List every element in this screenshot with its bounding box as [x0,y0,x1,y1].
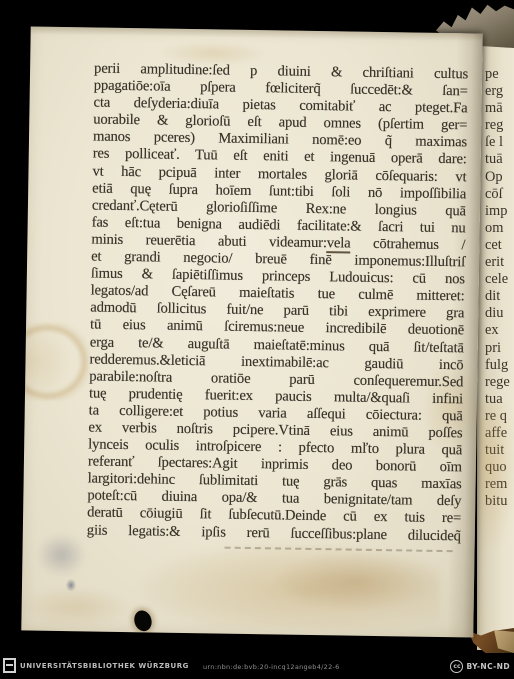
recto-line-fragment: mā [485,100,514,117]
text-segment: cōtrahemus / [350,235,465,253]
recto-line-fragment: erit [485,254,514,271]
book-scan-viewer: peergmāregſe ltuāOpcōſimpomceteritceledi… [0,0,514,679]
page-text-block: perii amplitudine:ſed p diuini & chriſti… [87,60,468,544]
license-badge: cc BY-NC-ND [450,660,510,673]
recto-line-fragment: Op [485,169,514,186]
water-stain-ring [21,322,90,401]
stain [21,586,132,628]
urn-identifier: urn:nbn:de:bvb:20-incq12angeb4/22-6 [203,663,340,671]
ink-smudge [66,579,76,591]
recto-line-fragment: tuā [485,151,514,168]
stain [139,540,440,631]
recto-line-fragment: reg [485,117,514,134]
recto-line-fragment: cele [485,271,514,288]
recto-line-fragment: cet [485,237,514,254]
facing-page-sliver: peergmāregſe ltuāOpcōſimpomceteritceledi… [477,33,514,650]
ink-smudge [36,533,87,578]
library-logo-icon [3,658,16,673]
recto-line-fragment: ſe l [485,134,514,151]
stain [272,550,443,613]
recto-line-fragment: imp [485,203,514,220]
pencil-underline-marks [225,547,453,553]
recto-line-fragment: cōſ [485,186,514,203]
recto-line-fragment: pri [485,340,514,357]
recto-line-fragment: dit [485,288,514,305]
recto-line-fragment: om [485,220,514,237]
footer-bar: UNIVERSITÄTSBIBLIOTHEK WÜRZBURG urn:nbn:… [0,653,514,679]
recto-line-fragment: fulg [485,357,514,374]
scanned-page: perii amplitudine:ſed p diuini & chriſti… [21,26,482,637]
license-label: BY-NC-ND [466,662,510,671]
wormhole [132,608,154,633]
recto-line-fragment: ex [485,322,514,339]
library-credit: UNIVERSITÄTSBIBLIOTHEK WÜRZBURG [3,658,189,673]
recto-line-fragment: rege [485,374,514,391]
stain [21,326,70,397]
creative-commons-icon: cc [450,660,463,673]
recto-line-fragment: pe [485,66,514,83]
ink-underlined-word: vela [327,235,351,253]
library-name-label: UNIVERSITÄTSBIBLIOTHEK WÜRZBURG [20,662,189,670]
stain [477,403,514,553]
recto-line-fragment: diu [485,305,514,322]
recto-line-fragment: erg [485,83,514,100]
